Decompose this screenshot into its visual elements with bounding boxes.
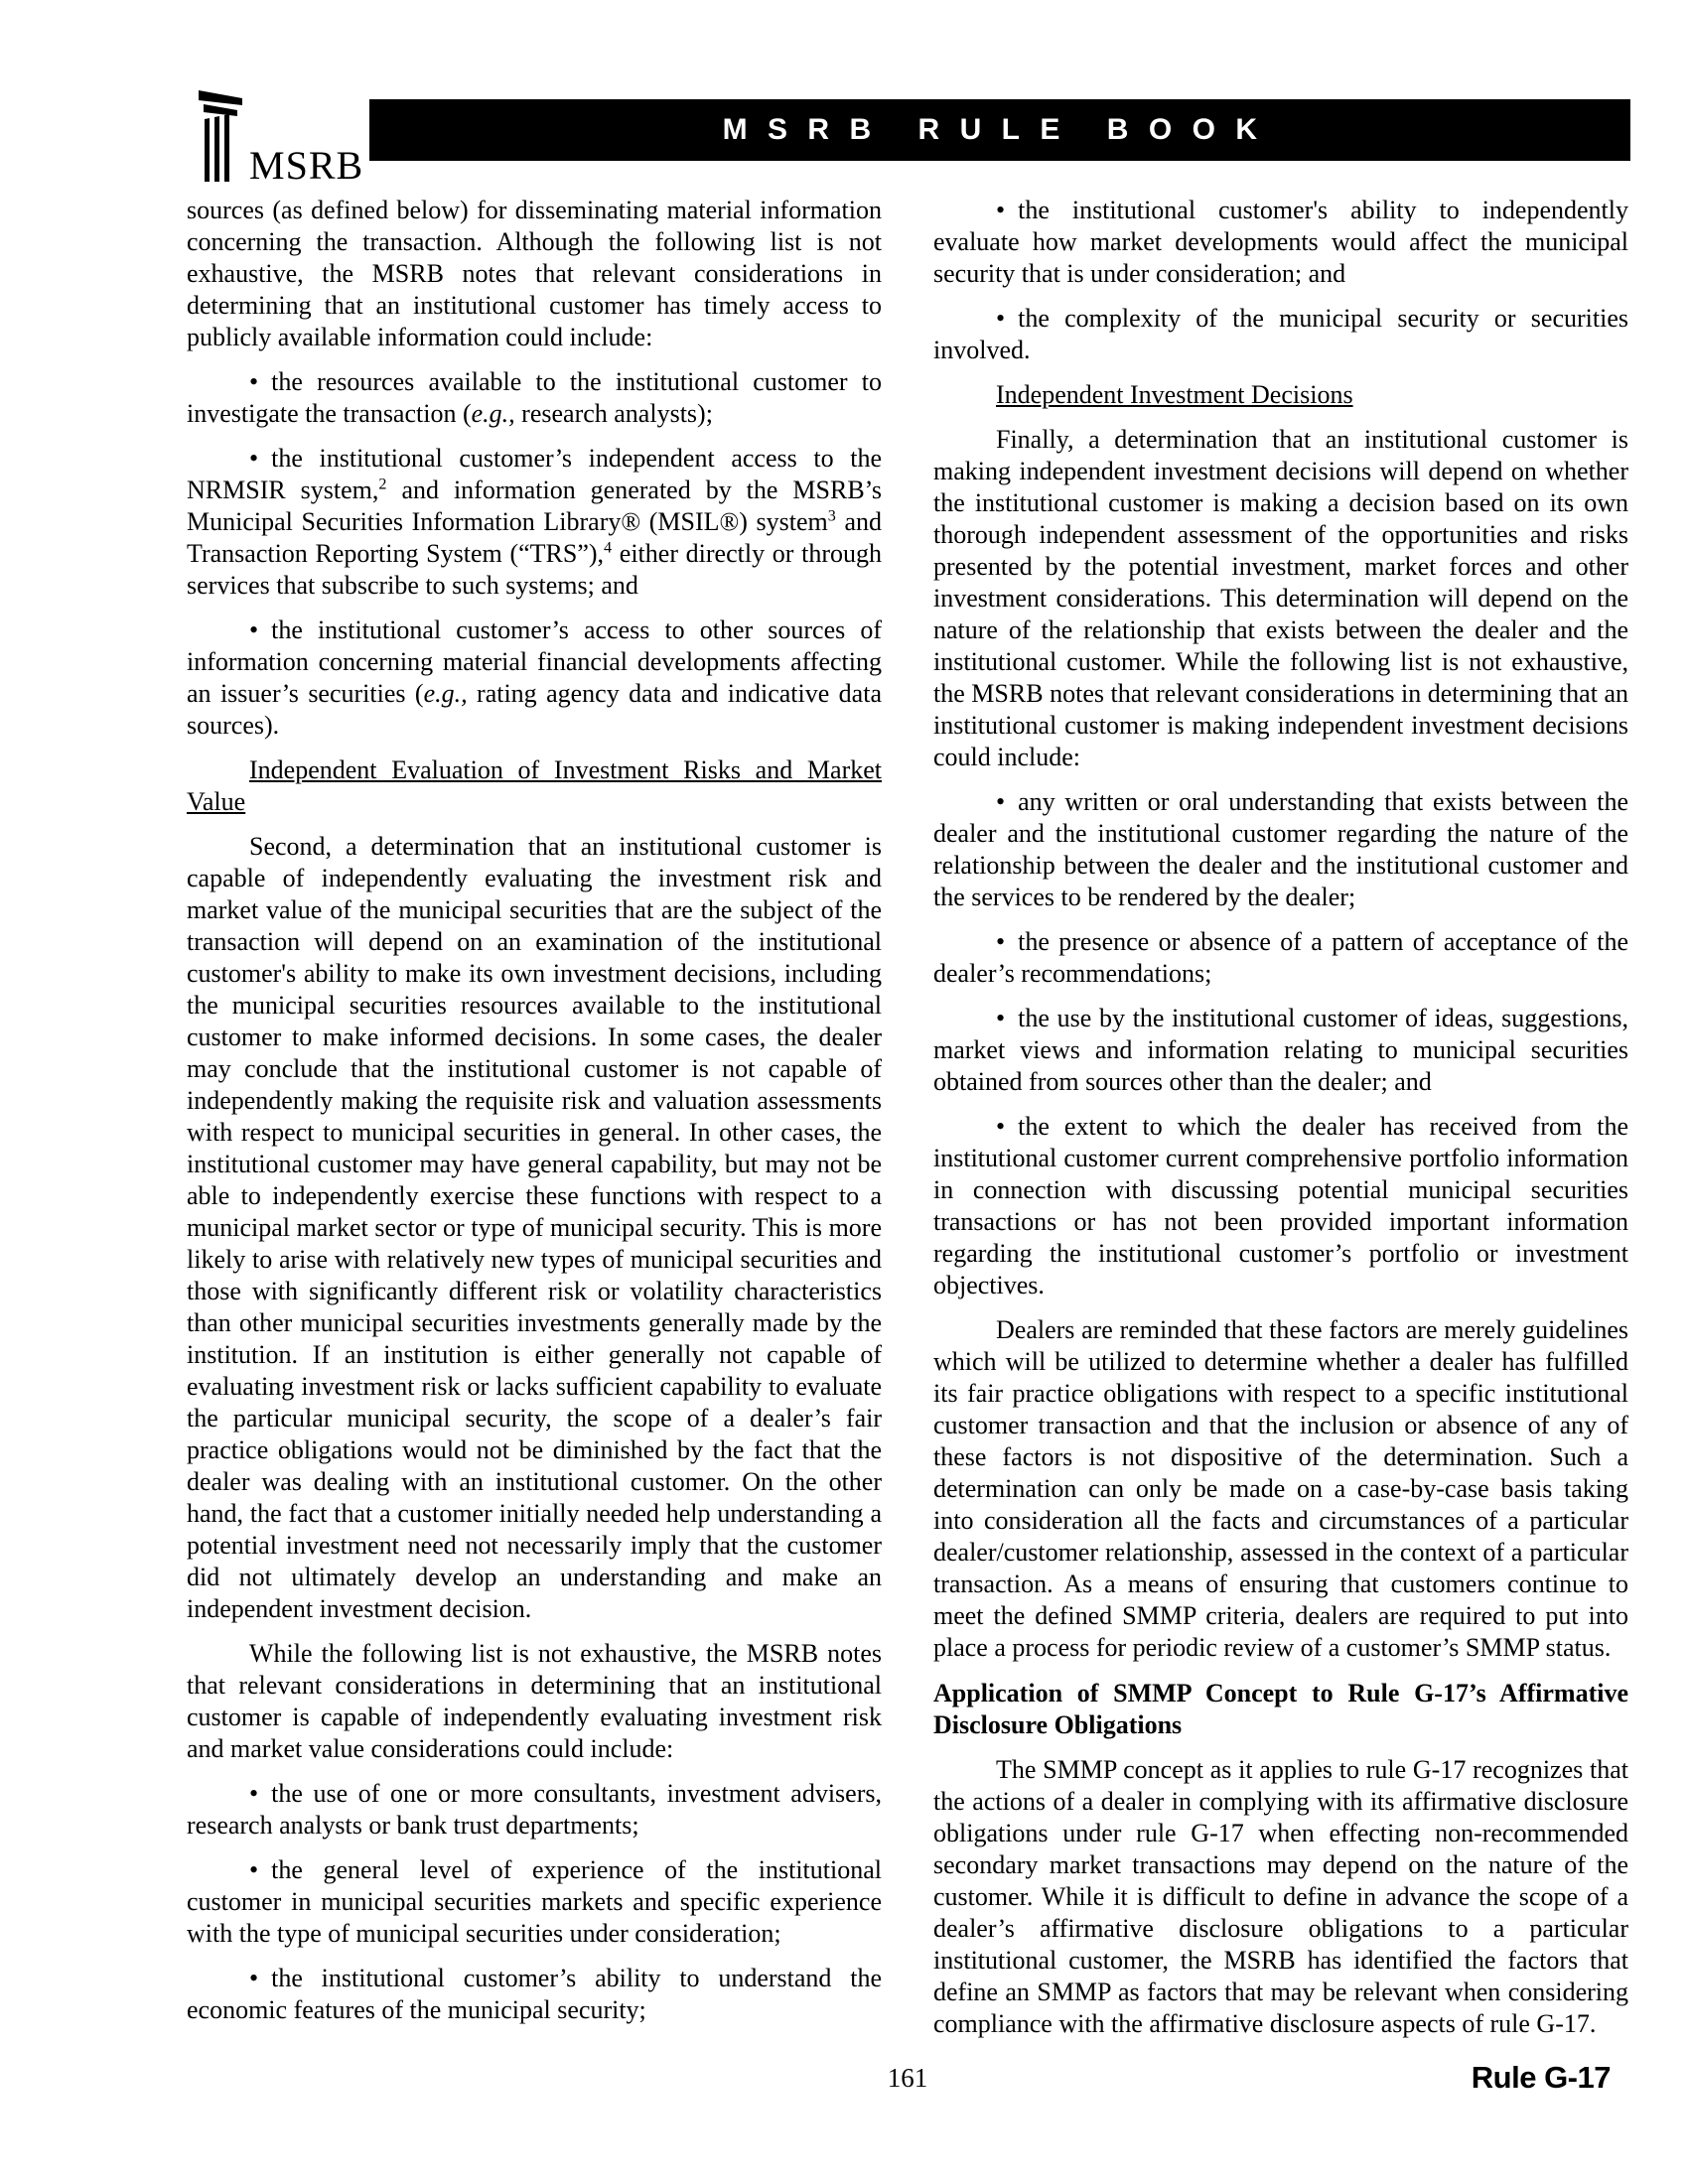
logo-wordmark: MSRB <box>249 146 363 186</box>
bullet-icon: • <box>996 196 1018 224</box>
bullet-item: • the extent to which the dealer has rec… <box>933 1111 1628 1301</box>
paragraph: Dealers are reminded that these factors … <box>933 1314 1628 1664</box>
bullet-item: • the institutional customer's ability t… <box>933 195 1628 290</box>
banner-word-rule: RULE <box>918 113 1080 147</box>
bullet-item: • the institutional customer’s independe… <box>187 443 882 602</box>
bullet-item: • the general level of experience of the… <box>187 1854 882 1950</box>
section-heading: Independent Evaluation of Investment Ris… <box>187 754 882 818</box>
bullet-icon: • <box>249 1964 271 1992</box>
bullet-icon: • <box>249 367 271 396</box>
page-footer: 161 Rule G-17 <box>187 2063 1628 2094</box>
msrb-logo: MSRB <box>197 89 363 184</box>
column-capital-icon <box>197 89 246 184</box>
paragraph: Finally, a determination that an institu… <box>933 424 1628 773</box>
bullet-item: • the complexity of the municipal securi… <box>933 303 1628 366</box>
bullet-icon: • <box>249 1779 271 1808</box>
banner-word-book: BOOK <box>1107 113 1278 147</box>
bullet-icon: • <box>996 1004 1018 1032</box>
bullet-icon: • <box>996 304 1018 333</box>
document-page: MSRB MSRB RULE BOOK sources (as defined … <box>0 0 1688 2184</box>
right-column: • the institutional customer's ability t… <box>933 195 1628 2040</box>
rule-label: Rule G-17 <box>1472 2060 1611 2096</box>
bullet-item: • the use by the institutional customer … <box>933 1003 1628 1098</box>
bullet-icon: • <box>249 615 271 644</box>
bullet-icon: • <box>996 927 1018 956</box>
paragraph: sources (as defined below) for dissemina… <box>187 195 882 353</box>
bullet-icon: • <box>996 1112 1018 1141</box>
rule-book-banner: MSRB RULE BOOK <box>369 99 1630 161</box>
page-number: 161 <box>888 2063 928 2093</box>
bullet-icon: • <box>249 1855 271 1884</box>
banner-word-msrb: MSRB <box>723 113 892 147</box>
bullet-icon: • <box>249 444 271 473</box>
paragraph: While the following list is not exhausti… <box>187 1638 882 1765</box>
section-heading: Independent Investment Decisions <box>933 379 1628 411</box>
left-column: sources (as defined below) for dissemina… <box>187 195 882 2040</box>
paragraph: Second, a determination that an institut… <box>187 831 882 1625</box>
section-heading: Application of SMMP Concept to Rule G-17… <box>933 1678 1628 1741</box>
bullet-item: • the institutional customer’s ability t… <box>187 1963 882 2026</box>
bullet-item: • the use of one or more consultants, in… <box>187 1778 882 1842</box>
bullet-item: • the resources available to the institu… <box>187 366 882 430</box>
bullet-item: • the institutional customer’s access to… <box>187 614 882 742</box>
bullet-icon: • <box>996 787 1018 816</box>
paragraph: The SMMP concept as it applies to rule G… <box>933 1754 1628 2040</box>
bullet-item: • the presence or absence of a pattern o… <box>933 926 1628 990</box>
page-body: sources (as defined below) for dissemina… <box>187 195 1628 2040</box>
bullet-item: • any written or oral understanding that… <box>933 786 1628 913</box>
